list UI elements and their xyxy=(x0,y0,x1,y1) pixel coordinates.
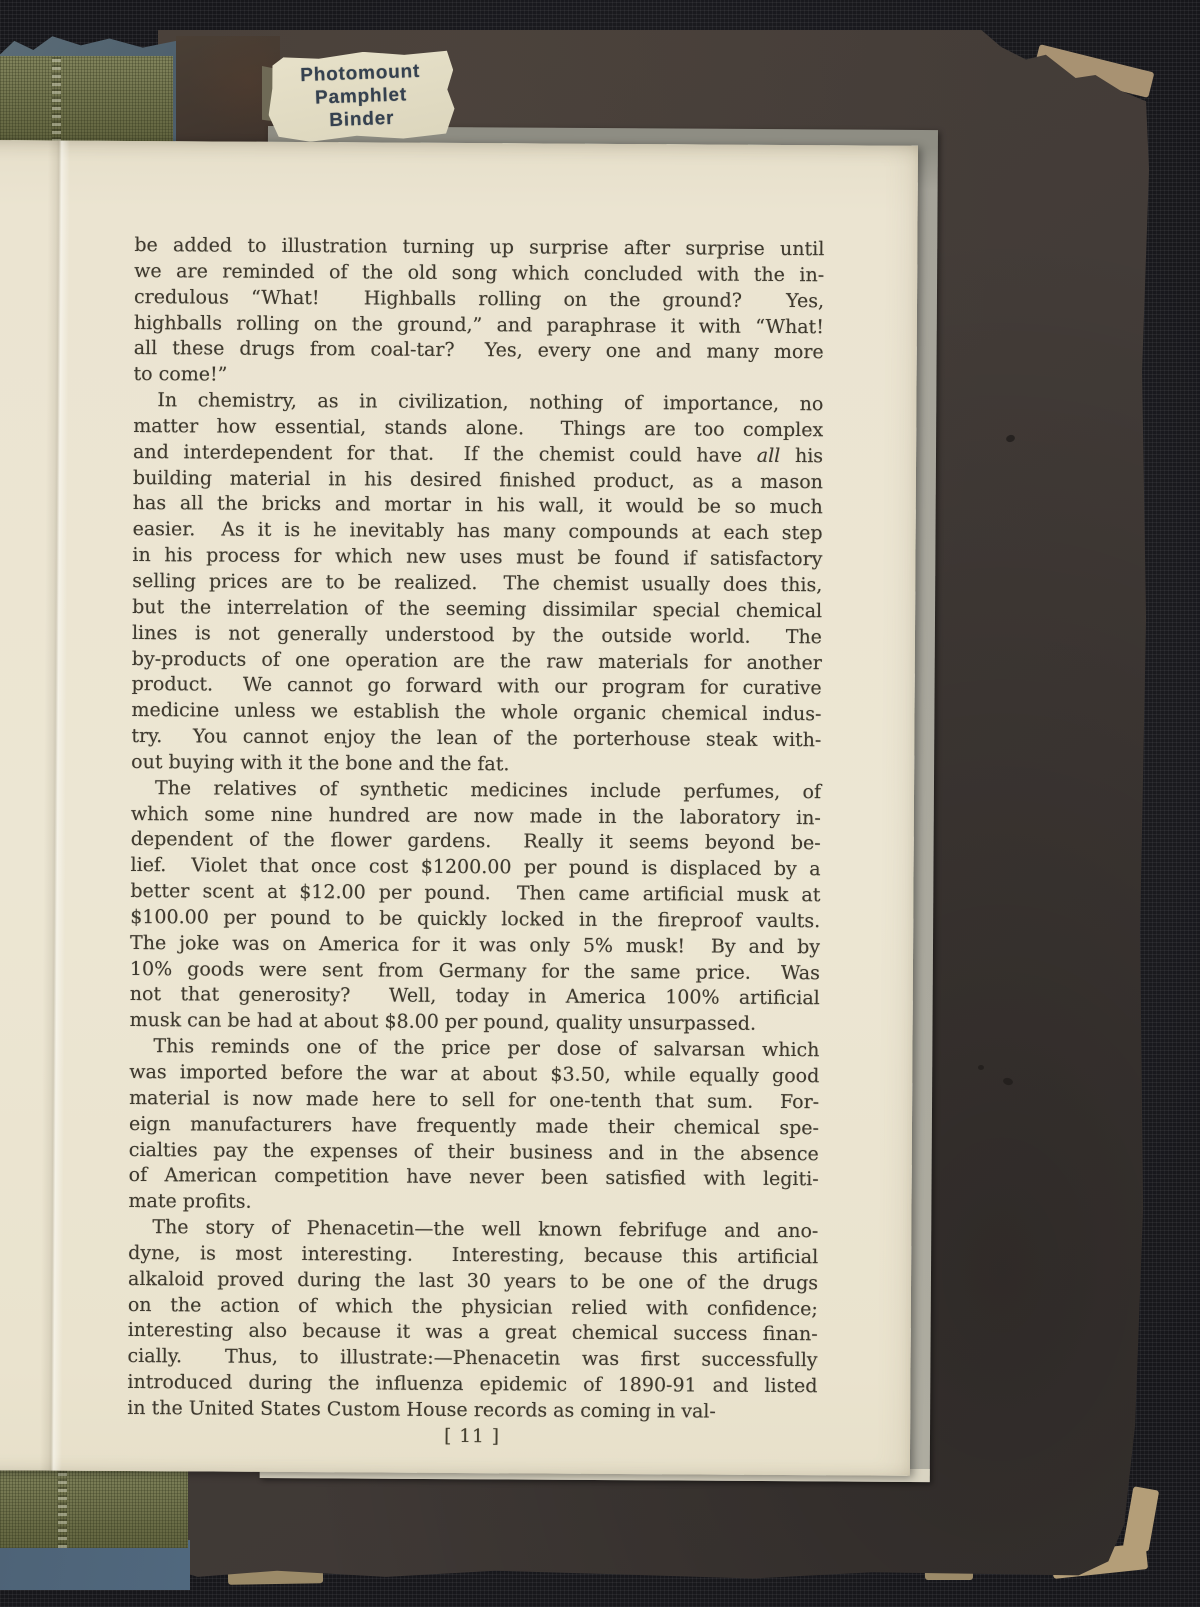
text-line: selling prices are to be realized. The c… xyxy=(132,569,822,599)
text-line: alkaloid proved during the last 30 years… xyxy=(128,1267,818,1297)
binding-tape-bottom xyxy=(0,1462,188,1548)
mat-corner-chip xyxy=(1123,1486,1159,1552)
paragraph: In chemistry, as in civilization, nothin… xyxy=(131,388,823,780)
text-line: matter how essential, stands alone. Thin… xyxy=(133,414,823,444)
text-line: and interdependent for that. If the chem… xyxy=(133,440,823,470)
text-line: was imported before the war at about $3.… xyxy=(129,1060,819,1090)
text-column: be added to illustration turning up surp… xyxy=(127,233,824,1426)
text-line: out buying with it the bone and the fat. xyxy=(131,750,821,780)
paragraph: The story of Phenacetin—the well known f… xyxy=(127,1215,818,1426)
paragraph: This reminds one of the price per dose o… xyxy=(128,1034,819,1219)
binder-label-line: Pamphlet xyxy=(315,83,408,109)
binding-tape-top xyxy=(0,56,173,142)
tape-stitch-seam xyxy=(58,1462,67,1548)
text-line: In chemistry, as in civilization, nothin… xyxy=(133,388,823,418)
text-line: $100.00 per pound to be quickly locked i… xyxy=(130,905,820,935)
text-line: but the interrelation of the seeming dis… xyxy=(132,595,822,625)
page-number: [ 11 ] xyxy=(127,1424,817,1449)
mat-speck xyxy=(978,1065,984,1070)
text-line: we are reminded of the old song which co… xyxy=(134,259,824,289)
text-line: dyne, is most interesting. Interesting, … xyxy=(128,1241,818,1271)
text-line: in the United States Custom House record… xyxy=(127,1396,817,1426)
text-line: all these drugs from coal-tar? Yes, ever… xyxy=(134,336,824,366)
text-line: eign manufacturers have frequently made … xyxy=(129,1112,819,1142)
text-line: be added to illustration turning up surp… xyxy=(134,233,824,263)
text-line: The relatives of synthetic medicines inc… xyxy=(131,776,821,806)
book-page: be added to illustration turning up surp… xyxy=(0,140,918,1476)
text-line: lines is not generally understood by the… xyxy=(132,621,822,651)
text-line: The story of Phenacetin—the well known f… xyxy=(128,1215,818,1245)
scanned-book-photo: { "binder_label": { "lines": ["Photomoun… xyxy=(0,0,1200,1607)
text-line: material is now made here to sell for on… xyxy=(129,1086,819,1116)
page-crease xyxy=(40,140,70,1470)
paragraph: The relatives of synthetic medicines inc… xyxy=(130,776,822,1039)
text-line: The joke was on America for it was only … xyxy=(130,931,820,961)
binder-label: Photomount Pamphlet Binder xyxy=(267,49,456,143)
text-line: try. You cannot enjoy the lean of the po… xyxy=(131,724,821,754)
tape-stitch-seam xyxy=(52,56,61,142)
paragraph: be added to illustration turning up surp… xyxy=(133,233,824,392)
mat-speck xyxy=(1005,434,1016,444)
text-line: credulous “What! Highballs rolling on th… xyxy=(134,285,824,315)
mat-speck xyxy=(1002,1077,1013,1086)
binder-label-line: Binder xyxy=(329,106,395,131)
